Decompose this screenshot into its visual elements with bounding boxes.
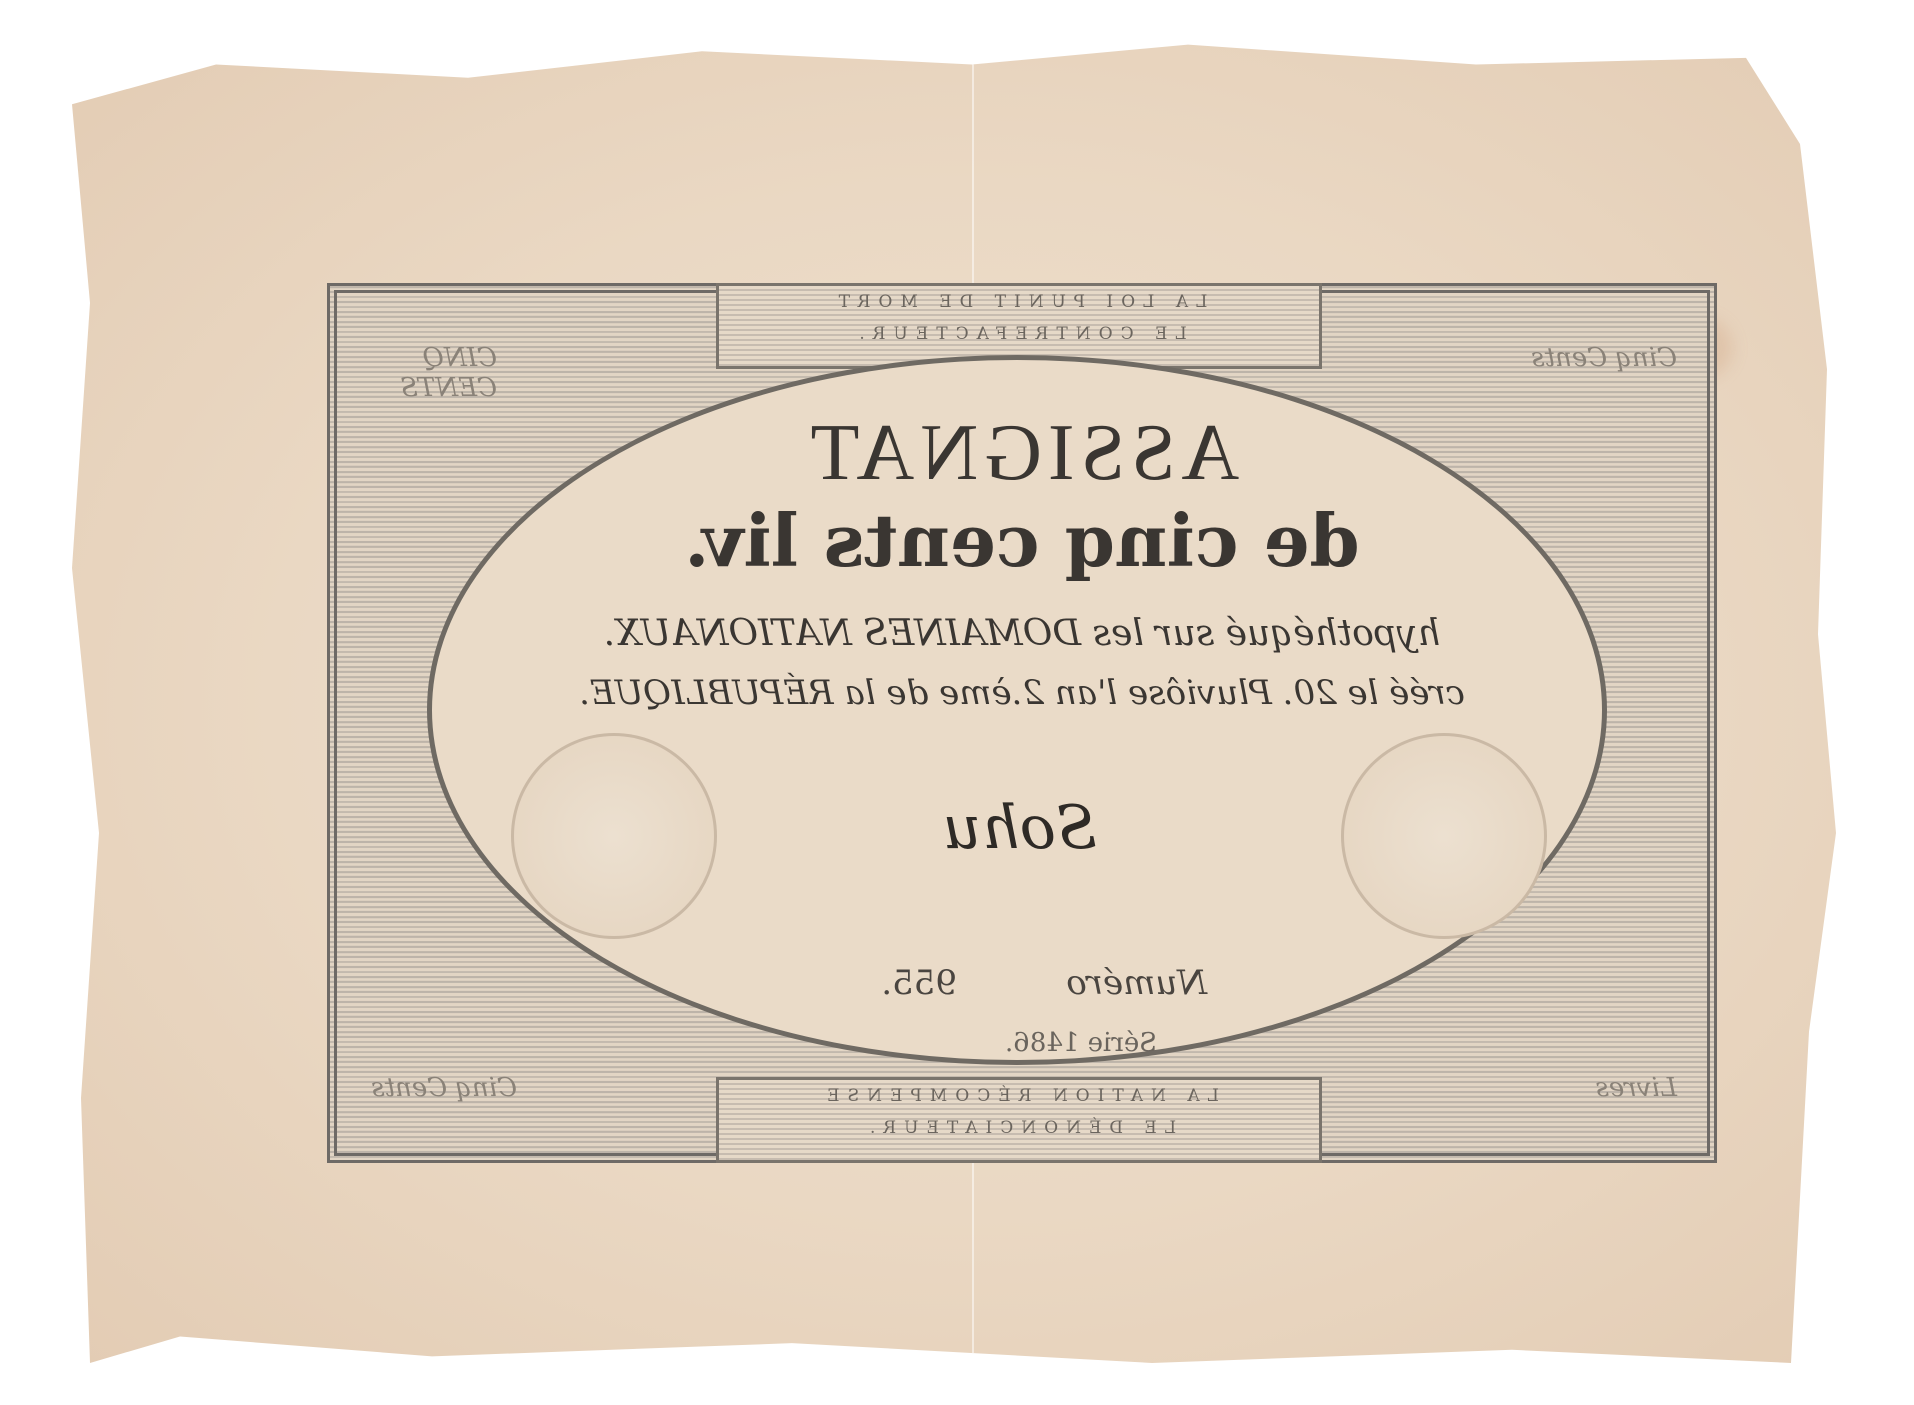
- banknote-paper: LA LOI PUNIT DE MORT LE CONTREFACTEUR. L…: [72, 38, 1872, 1363]
- corner-text-bottom-left: Livres: [1596, 1073, 1677, 1103]
- note-line-3: hypothéqué sur les DOMAINES NATIONAUX.: [437, 613, 1607, 654]
- corner-text-top-left: Cinq Cents: [1531, 343, 1677, 373]
- warning-band-bottom: LA NATION RÉCOMPENSE LE DÉNONCIATEUR.: [716, 1077, 1322, 1163]
- note-title: ASSIGNAT: [437, 408, 1607, 499]
- corner-text-bottom-right: Cinq Cents: [371, 1073, 517, 1103]
- note-value: de cinq cents liv.: [437, 498, 1607, 583]
- corner-text-top-right: CINQ CENTS: [327, 343, 497, 403]
- note-line-4: créé le 20. Pluviôse l'an 2.ème de la RÉ…: [437, 673, 1607, 713]
- number-label: Numéro: [1066, 963, 1207, 1003]
- assignat-print: LA LOI PUNIT DE MORT LE CONTREFACTEUR. L…: [327, 283, 1717, 1163]
- signature: Sohu: [942, 793, 1097, 863]
- number-value: 955.: [881, 963, 957, 1003]
- dry-seal-right: [511, 733, 717, 939]
- dry-seal-left: [1341, 733, 1547, 939]
- serie-label: Série 1486.: [1005, 1028, 1157, 1058]
